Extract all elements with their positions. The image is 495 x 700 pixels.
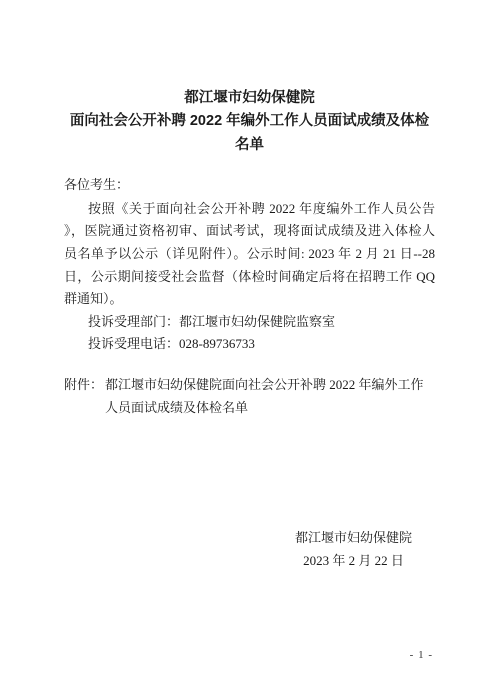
document-page: 都江堰市妇幼保健院 面向社会公开补聘 2022 年编外工作人员面试成绩及体检 名… bbox=[0, 0, 495, 700]
attachment-section: 附件： 都江堰市妇幼保健院面向社会公开补聘 2022 年编外工作 人员面试成绩及… bbox=[64, 374, 435, 419]
paragraph-line: 》，医院通过资格初审、面试考试，现将面试成绩及进入体检人 bbox=[64, 220, 435, 243]
document-title: 都江堰市妇幼保健院 面向社会公开补聘 2022 年编外工作人员面试成绩及体检 名… bbox=[64, 0, 435, 157]
signature-block: 都江堰市妇幼保健院 2023 年 2 月 22 日 bbox=[64, 527, 435, 572]
paragraph-line: 群通知）。 bbox=[64, 288, 435, 311]
complaint-phone: 投诉受理电话：028-89736733 bbox=[64, 333, 435, 356]
attachment-title-line-2: 人员面试成绩及体检名单 bbox=[105, 397, 424, 420]
signature-organization: 都江堰市妇幼保健院 bbox=[295, 527, 412, 550]
attachment-title: 都江堰市妇幼保健院面向社会公开补聘 2022 年编外工作 人员面试成绩及体检名单 bbox=[105, 374, 424, 419]
attachment-label: 附件： bbox=[64, 374, 103, 397]
title-line-2: 面向社会公开补聘 2022 年编外工作人员面试成绩及体检 bbox=[64, 110, 435, 133]
signature-date: 2023 年 2 月 22 日 bbox=[295, 550, 412, 573]
document-content: 都江堰市妇幼保健院 面向社会公开补聘 2022 年编外工作人员面试成绩及体检 名… bbox=[64, 0, 435, 572]
signature: 都江堰市妇幼保健院 2023 年 2 月 22 日 bbox=[295, 527, 412, 572]
paragraph-line: 日，公示期间接受社会监督（体检时间确定后将在招聘工作 QQ bbox=[64, 266, 435, 289]
complaint-department: 投诉受理部门：都江堰市妇幼保健院监察室 bbox=[64, 311, 435, 334]
title-line-1: 都江堰市妇幼保健院 bbox=[64, 87, 435, 110]
paragraph-line: 按照《关于面向社会公开补聘 2022 年度编外工作人员公告 bbox=[64, 198, 435, 221]
salutation: 各位考生： bbox=[64, 174, 435, 197]
title-line-3: 名单 bbox=[64, 134, 435, 157]
paragraph-line: 员名单予以公示（详见附件）。公示时间: 2023 年 2 月 21 日--28 bbox=[64, 243, 435, 266]
attachment-title-line-1: 都江堰市妇幼保健院面向社会公开补聘 2022 年编外工作 bbox=[105, 374, 424, 397]
announcement-paragraph: 按照《关于面向社会公开补聘 2022 年度编外工作人员公告 》，医院通过资格初审… bbox=[64, 198, 435, 311]
page-number: - 1 - bbox=[410, 649, 433, 662]
